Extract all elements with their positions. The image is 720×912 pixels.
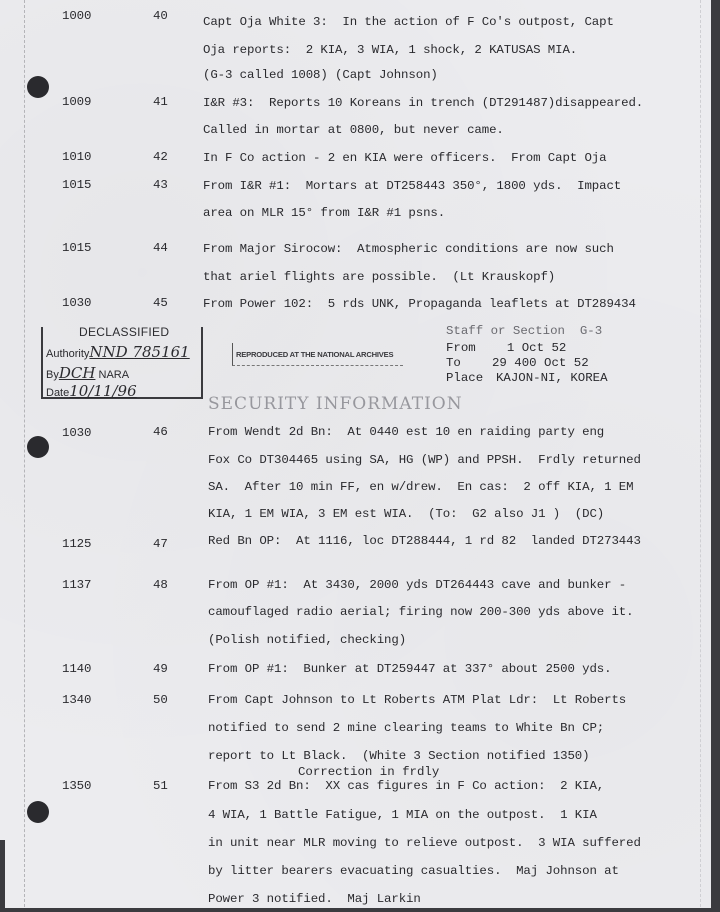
entry-line: that ariel flights are possible. (Lt Kra… — [203, 270, 555, 284]
entry-line: 4 WIA, 1 Battle Fatigue, 1 MIA on the ou… — [208, 808, 597, 822]
entry-line: SA. After 10 min FF, en w/drew. En cas: … — [208, 480, 633, 494]
from-value: 1 Oct 52 — [492, 341, 566, 355]
scan-border-right — [711, 0, 720, 912]
entry-line: notified to send 2 mine clearing teams t… — [208, 721, 604, 735]
entry-line: (Polish notified, checking) — [208, 633, 406, 647]
nara-date-value: 10/11/96 — [69, 382, 136, 400]
entry-time: 1140 — [62, 662, 91, 676]
entry-line: Red Bn OP: At 1116, loc DT288444, 1 rd 8… — [208, 534, 641, 548]
entry-line: From Power 102: 5 rds UNK, Propaganda le… — [203, 297, 636, 311]
place-value: KAJON-NI, KOREA — [496, 371, 608, 385]
national-archives-stamp: REPRODUCED AT THE NATIONAL ARCHIVES — [232, 343, 403, 366]
entry-number: 48 — [153, 578, 168, 592]
entry-line: by litter bearers evacuating casualties.… — [208, 864, 619, 878]
entry-line: From Major Sirocow: Atmospheric conditio… — [203, 242, 614, 256]
entry-time: 1015 — [62, 241, 91, 255]
entry-time: 1125 — [62, 537, 91, 551]
punch-hole-icon — [27, 76, 49, 98]
entry-line: in unit near MLR moving to relieve outpo… — [208, 836, 641, 850]
entry-line: report to Lt Black. (White 3 Section not… — [208, 749, 589, 763]
authority-line: AuthorityNND 785161 — [46, 343, 190, 361]
punch-hole-icon — [27, 436, 49, 458]
punch-hole-icon — [27, 801, 49, 823]
entry-line: In F Co action - 2 en KIA were officers.… — [203, 151, 606, 165]
entry-time: 1015 — [62, 178, 91, 192]
entry-line: From Capt Johnson to Lt Roberts ATM Plat… — [208, 693, 626, 707]
by-value: DCH — [59, 364, 96, 382]
margin-rule-right — [700, 0, 701, 912]
entry-time: 1000 — [62, 9, 91, 23]
entry-time: 1340 — [62, 693, 91, 707]
entry-number: 49 — [153, 662, 168, 676]
correction-note: Correction in frdly — [298, 765, 439, 779]
by-label: By — [46, 369, 59, 381]
margin-rule-left — [24, 0, 25, 912]
entry-line: area on MLR 15° from I&R #1 psns. — [203, 206, 445, 220]
entry-line: Fox Co DT304465 using SA, HG (WP) and PP… — [208, 453, 641, 467]
entry-line: From OP #1: Bunker at DT259447 at 337° a… — [208, 662, 611, 676]
entry-time: 1350 — [62, 779, 91, 793]
entry-line: Oja reports: 2 KIA, 3 WIA, 1 shock, 2 KA… — [203, 43, 577, 57]
entry-line: From I&R #1: Mortars at DT258443 350°, 1… — [203, 179, 621, 193]
entry-time: 1009 — [62, 95, 91, 109]
entry-number: 43 — [153, 178, 168, 192]
entry-number: 46 — [153, 425, 168, 439]
entry-number: 47 — [153, 537, 168, 551]
scan-border-bottom — [0, 908, 720, 912]
entry-line: KIA, 1 EM WIA, 3 EM est WIA. (To: G2 als… — [208, 507, 604, 521]
entry-line: Power 3 notified. Maj Larkin — [208, 892, 421, 906]
from-label: From — [446, 341, 476, 355]
entry-line: From OP #1: At 3430, 2000 yds DT264443 c… — [208, 578, 626, 592]
entry-line: From Wendt 2d Bn: At 0440 est 10 en raid… — [208, 425, 604, 439]
entry-time: 1030 — [62, 426, 91, 440]
entry-line: Called in mortar at 0800, but never came… — [203, 123, 504, 137]
entry-number: 42 — [153, 150, 168, 164]
entry-number: 50 — [153, 693, 168, 707]
entry-line: From S3 2d Bn: XX cas figures in F Co ac… — [208, 779, 604, 793]
entry-line: camouflaged radio aerial; firing now 200… — [208, 605, 633, 619]
entry-number: 40 — [153, 9, 168, 23]
to-label: To — [446, 356, 461, 370]
security-information-banner: SECURITY INFORMATION — [208, 394, 463, 414]
place-label: Place — [446, 371, 483, 385]
scan-border-left — [0, 840, 5, 912]
entry-time: 1030 — [62, 296, 91, 310]
entry-number: 51 — [153, 779, 168, 793]
entry-line: I&R #3: Reports 10 Koreans in trench (DT… — [203, 96, 643, 110]
entry-number: 41 — [153, 95, 168, 109]
national-archives-text: REPRODUCED AT THE NATIONAL ARCHIVES — [236, 350, 393, 359]
entry-number: 44 — [153, 241, 168, 255]
declassified-heading: DECLASSIFIED — [79, 325, 169, 339]
entry-time: 1010 — [62, 150, 91, 164]
authority-label: Authority — [46, 348, 89, 360]
entry-time: 1137 — [62, 578, 91, 592]
to-value: 29 400 Oct 52 — [492, 356, 589, 370]
scanned-journal-page: 1000 40 Capt Oja White 3: In the action … — [0, 0, 711, 908]
declassified-stamp: DECLASSIFIED AuthorityNND 785161 ByDCH N… — [41, 327, 203, 399]
authority-value: NND 785161 — [89, 343, 189, 361]
entry-number: 45 — [153, 296, 168, 310]
staff-section: Staff or Section G-3 — [446, 324, 602, 338]
entry-line: (G-3 called 1008) (Capt Johnson) — [203, 68, 438, 82]
entry-line: Capt Oja White 3: In the action of F Co'… — [203, 15, 614, 29]
by-line: ByDCH NARA Date10/11/96 — [46, 364, 201, 400]
